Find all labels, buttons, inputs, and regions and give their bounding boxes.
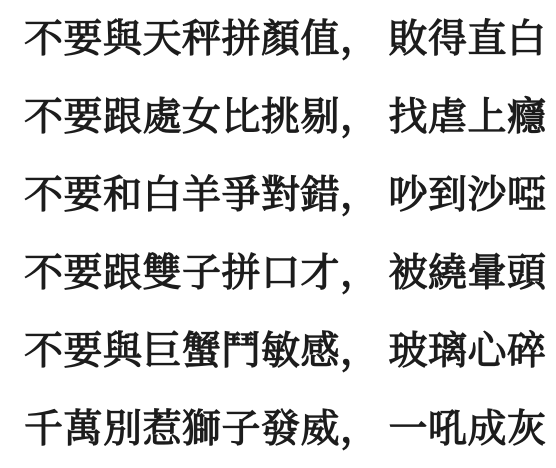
line-second-half: 敗得直白 bbox=[389, 20, 547, 59]
line-first-half: 不要跟雙子拼口才， bbox=[24, 254, 380, 293]
line-first-half: 不要與天秤拼顏值， bbox=[24, 20, 380, 59]
line-second-half: 找虐上癮 bbox=[389, 98, 547, 137]
line-second-half: 被繞暈頭 bbox=[389, 254, 547, 293]
line-second-half: 吵到沙啞 bbox=[389, 176, 547, 215]
line-second-half: 玻璃心碎 bbox=[389, 332, 547, 371]
text-line-libra: 不要與天秤拼顏值， 敗得直白 bbox=[0, 0, 556, 78]
line-first-half: 不要和白羊爭對錯， bbox=[24, 176, 380, 215]
text-line-leo: 千萬別惹獅子發威， 一吼成灰 bbox=[0, 390, 556, 468]
text-line-aries: 不要和白羊爭對錯， 吵到沙啞 bbox=[0, 156, 556, 234]
line-first-half: 不要與巨蟹鬥敏感， bbox=[24, 332, 380, 371]
line-first-half: 不要跟處女比挑剔， bbox=[24, 98, 380, 137]
text-line-virgo: 不要跟處女比挑剔， 找虐上癮 bbox=[0, 78, 556, 156]
text-line-gemini: 不要跟雙子拼口才， 被繞暈頭 bbox=[0, 234, 556, 312]
zodiac-text-image: 不要與天秤拼顏值， 敗得直白 不要跟處女比挑剔， 找虐上癮 不要和白羊爭對錯， … bbox=[0, 0, 556, 468]
line-second-half: 一吼成灰 bbox=[389, 410, 547, 449]
text-line-cancer: 不要與巨蟹鬥敏感， 玻璃心碎 bbox=[0, 312, 556, 390]
line-first-half: 千萬別惹獅子發威， bbox=[24, 410, 380, 449]
